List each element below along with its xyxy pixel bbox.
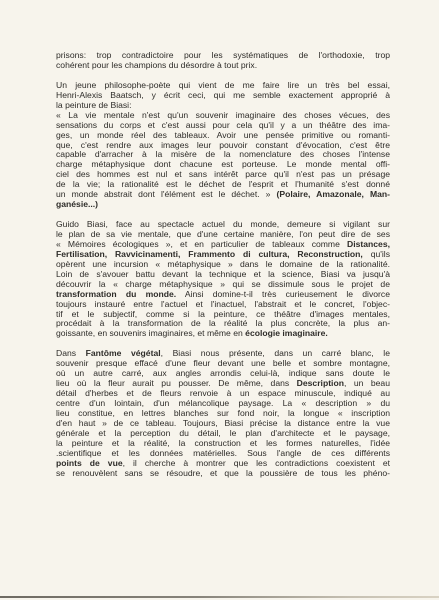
text-run: où un autre carré, aux angles arrondis c… (56, 369, 390, 378)
text-line: .scientifique et les données matérielles… (56, 449, 390, 459)
text-line: d'en haut » de ce tableau. Toujours, Bia… (56, 419, 390, 429)
text-run: la peinture de Biasi: (56, 101, 131, 110)
text-run: qu'ils (363, 250, 390, 259)
text-run: la peinture et la réalité, la constructi… (56, 439, 390, 448)
text-line: Dans Fantôme végétal, Biasi nous présent… (56, 349, 390, 359)
text-line: opèrent une incursion « métaphysique » d… (56, 260, 390, 270)
paragraph: prisons: trop contradictoire pour les sy… (56, 51, 390, 71)
text-line: ganésie...) (56, 200, 390, 210)
emphasized-text: transformation du monde. (56, 290, 176, 299)
text-run: Loin de s'avouer battu devant la techniq… (56, 270, 390, 279)
text-line: ciel des hommes est nul et sans intérêt … (56, 170, 390, 180)
text-run: opèrent une incursion « métaphysique » d… (56, 260, 390, 269)
text-line: ges, un monde réel des tableaux. Avoir u… (56, 131, 390, 141)
text-line: se renouvèlent sans se résoudre, et que … (56, 469, 390, 479)
text-line: transformation du monde. Ainsi domine-t-… (56, 290, 390, 300)
paragraph: Un jeune philosophe-poète qui vient de m… (56, 81, 390, 210)
emphasized-text: ganésie...) (56, 200, 98, 209)
text-column: prisons: trop contradictoire pour les sy… (56, 51, 390, 489)
text-line: charge métaphysique dont chacune est por… (56, 160, 390, 170)
text-run: un monde abstrait dont l'élément est le … (56, 190, 277, 199)
text-run: tif et le subjectif, comme si la peintur… (56, 310, 390, 319)
text-run: procédait à la transformation de la réal… (56, 319, 390, 328)
text-run: goissante, en souvenirs imaginaires, et … (56, 329, 245, 338)
text-run: lieu constitue, en lettres blanches sur … (56, 409, 390, 418)
paragraph: Guido Biasi, face au spectacle actuel du… (56, 220, 390, 339)
text-run: Henri-Alexis Baatsch, y écrit ceci, qui … (56, 91, 390, 100)
text-run: , il cherche à montrer que les contradic… (123, 459, 390, 468)
text-run: , Biasi nous présente, dans un carré bla… (161, 349, 390, 358)
text-run: le plan de sa vie mentale, que d'une cer… (56, 230, 390, 239)
text-line: Un jeune philosophe-poète qui vient de m… (56, 81, 390, 91)
text-run: Un jeune philosophe-poète qui vient de m… (56, 81, 390, 90)
text-run: d'en haut » de ce tableau. Toujours, Bia… (56, 419, 390, 428)
text-run: « La vie mentale n'est qu'un souvenir im… (56, 111, 390, 120)
text-line: où un autre carré, aux angles arrondis c… (56, 369, 390, 379)
text-line: prisons: trop contradictoire pour les sy… (56, 51, 390, 61)
text-run: de la vie; la rationalité est le déchet … (56, 180, 390, 189)
text-line: détail d'herbes et de fleurs renvoie à u… (56, 389, 390, 399)
text-line: lieu constitue, en lettres blanches sur … (56, 409, 390, 419)
text-run: capable d'arracher à la misère de la nom… (56, 150, 390, 159)
emphasized-text: écologie imaginaire. (245, 329, 328, 338)
text-line: de la vie; la rationalité est le déchet … (56, 180, 390, 190)
text-run: lieu où la fleur aurait pu pousser. De m… (56, 379, 297, 388)
text-run: .scientifique et les données matérielles… (56, 449, 390, 458)
emphasized-text: Description (297, 379, 344, 388)
emphasized-text: Distances, (347, 240, 390, 249)
text-line: la peinture et la réalité, la constructi… (56, 439, 390, 449)
text-run: Ainsi domine-t-il très curieusement le d… (176, 290, 390, 299)
text-line: points de vue, il cherche à montrer que … (56, 459, 390, 469)
text-run: sensations du corps et c'est aussi pour … (56, 121, 390, 130)
text-run: Dans (56, 349, 86, 358)
emphasized-text: Fantôme végétal (86, 349, 161, 358)
text-line: centre d'un lointain, d'un mélancolique … (56, 399, 390, 409)
text-line: Loin de s'avouer battu devant la techniq… (56, 270, 390, 280)
text-line: tif et le subjectif, comme si la peintur… (56, 310, 390, 320)
text-run: ciel des hommes est nul et sans intérêt … (56, 170, 390, 179)
text-run: toujours instauré entre l'actuel et l'in… (56, 300, 390, 309)
text-line: la peinture de Biasi: (56, 101, 390, 111)
text-run: , un beau (344, 379, 390, 388)
text-line: Henri-Alexis Baatsch, y écrit ceci, qui … (56, 91, 390, 101)
text-line: lieu où la fleur aurait pu pousser. De m… (56, 379, 390, 389)
emphasized-text: points de vue (56, 459, 123, 468)
text-run: « Mémoires écologiques », et en particul… (56, 240, 347, 249)
text-run: charge métaphysique dont chacune est por… (56, 160, 390, 169)
text-line: « Mémoires écologiques », et en particul… (56, 240, 390, 250)
text-line: le plan de sa vie mentale, que d'une cer… (56, 230, 390, 240)
emphasized-text: Fertilisation, Ravvicinamenti, Frammento… (56, 250, 363, 259)
text-line: un monde abstrait dont l'élément est le … (56, 190, 390, 200)
text-line: goissante, en souvenirs imaginaires, et … (56, 329, 390, 339)
text-line: que, c'est rendre aux images leur pouvoi… (56, 141, 390, 151)
text-run: centre d'un lointain, d'un mélancolique … (56, 399, 390, 408)
paragraph: Dans Fantôme végétal, Biasi nous présent… (56, 349, 390, 478)
page-bottom-edge (0, 596, 439, 598)
text-run: cohérent pour les champions du désordre … (56, 61, 257, 70)
text-line: procédait à la transformation de la réal… (56, 319, 390, 329)
text-run: se renouvèlent sans se résoudre, et que … (56, 469, 390, 478)
text-line: sensations du corps et c'est aussi pour … (56, 121, 390, 131)
text-line: découvrir la « charge métaphysique » qui… (56, 280, 390, 290)
text-line: Guido Biasi, face au spectacle actuel du… (56, 220, 390, 230)
text-line: capable d'arracher à la misère de la nom… (56, 150, 390, 160)
text-run: Guido Biasi, face au spectacle actuel du… (56, 220, 390, 229)
text-line: toujours instauré entre l'actuel et l'in… (56, 300, 390, 310)
text-line: « La vie mentale n'est qu'un souvenir im… (56, 111, 390, 121)
text-run: souvenir presque effacé d'une fleur deva… (56, 359, 390, 368)
document-page: prisons: trop contradictoire pour les sy… (0, 0, 439, 600)
text-run: générale et la perception du détail, le … (56, 429, 390, 438)
emphasized-text: (Polaire, Amazonale, Man- (277, 190, 391, 199)
text-run: découvrir la « charge métaphysique » qui… (56, 280, 390, 289)
text-run: que, c'est rendre aux images leur pouvoi… (56, 141, 390, 150)
text-run: prisons: trop contradictoire pour les sy… (56, 51, 390, 60)
text-line: souvenir presque effacé d'une fleur deva… (56, 359, 390, 369)
text-line: cohérent pour les champions du désordre … (56, 61, 390, 71)
text-run: détail d'herbes et de fleurs renvoie à u… (56, 389, 390, 398)
text-line: générale et la perception du détail, le … (56, 429, 390, 439)
text-run: ges, un monde réel des tableaux. Avoir u… (56, 131, 390, 140)
text-line: Fertilisation, Ravvicinamenti, Frammento… (56, 250, 390, 260)
